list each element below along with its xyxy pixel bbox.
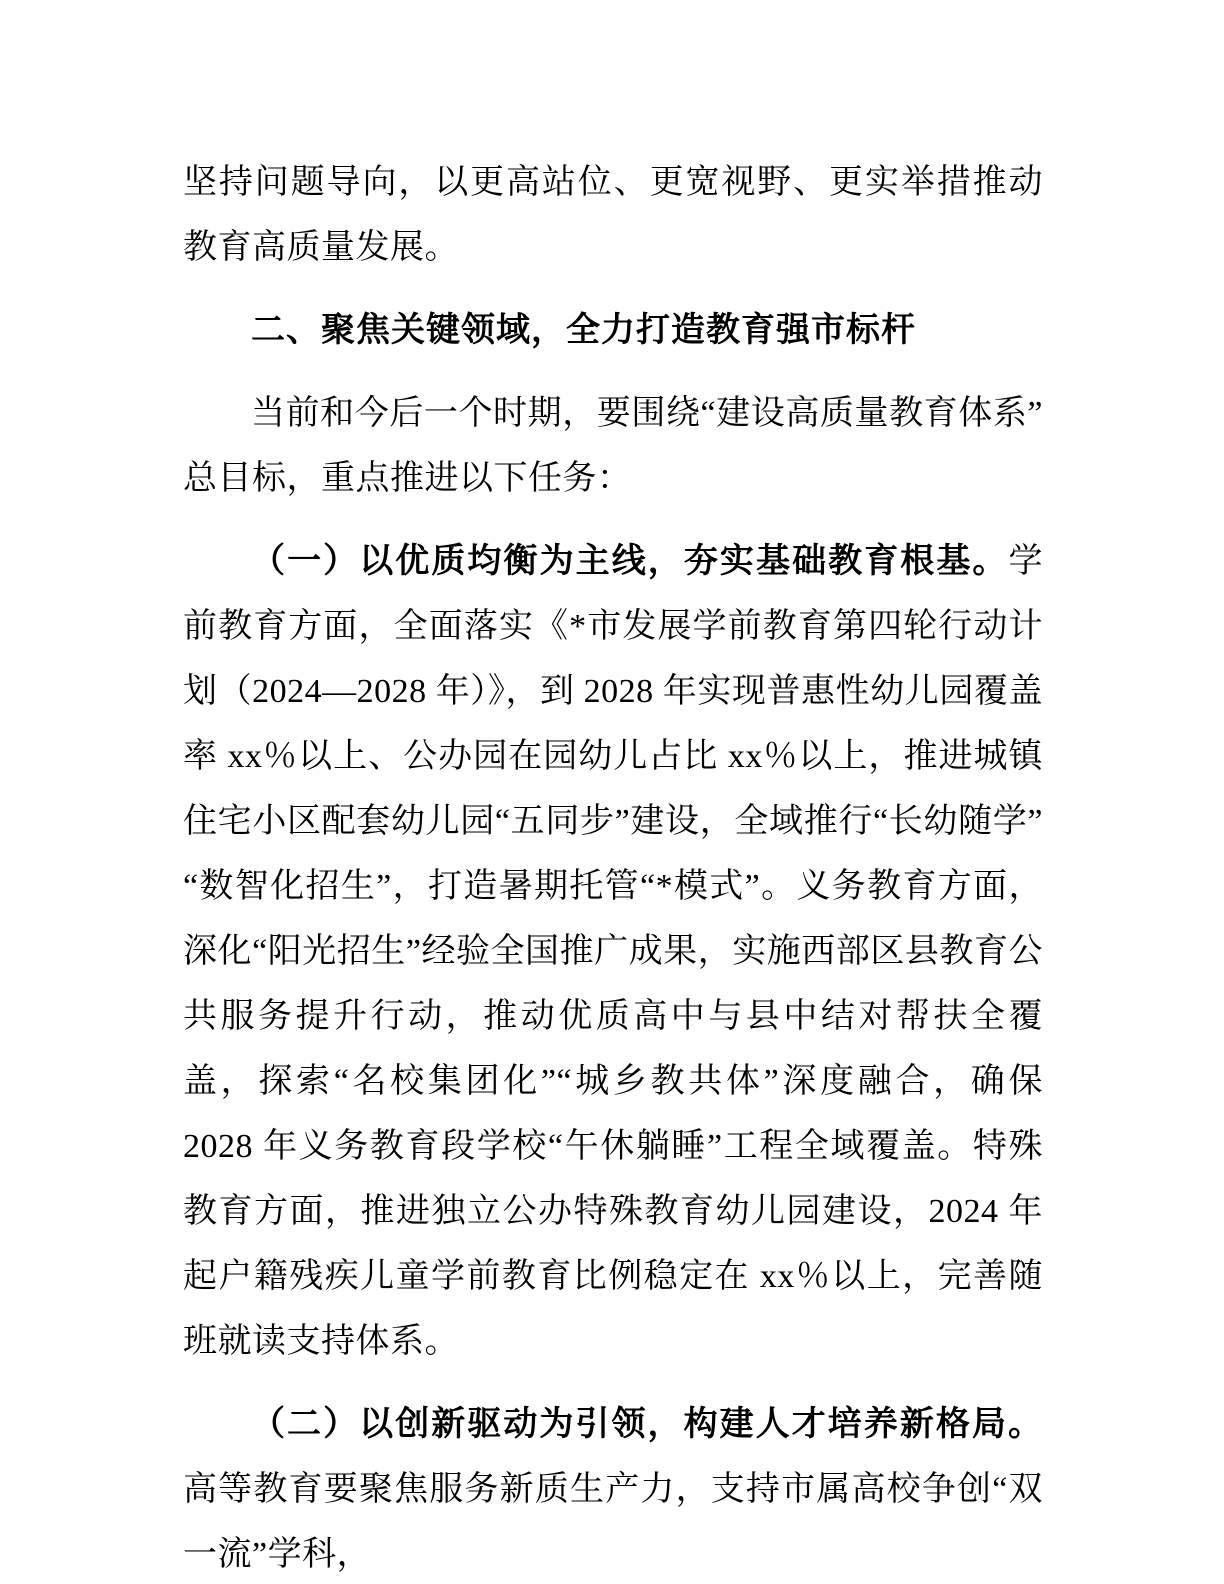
paragraph-text: 坚持问题导向，以更高站位、更宽视野、更实举措推动教育高质量发展。 bbox=[183, 164, 1043, 266]
subsection-1-lead: （一）以优质均衡为主线，夯实基础教育根基。 bbox=[251, 542, 1009, 580]
section-heading: 二、聚焦关键领域，全力打造教育强市标杆 bbox=[183, 298, 1043, 363]
paragraph-continuation: 坚持问题导向，以更高站位、更宽视野、更实举措推动教育高质量发展。 bbox=[183, 150, 1043, 280]
paragraph-text: 高等教育要聚焦服务新质生产力，支持市属高校争创“双一流”学科， bbox=[183, 1471, 1043, 1573]
paragraph-subsection-1: （一）以优质均衡为主线，夯实基础教育根基。学前教育方面，全面落实《*市发展学前教… bbox=[183, 529, 1043, 1374]
section-heading-text: 二、聚焦关键领域，全力打造教育强市标杆 bbox=[251, 311, 916, 349]
paragraph-text: 学前教育方面，全面落实《*市发展学前教育第四轮行动计划（2024—2028 年）… bbox=[183, 543, 1043, 1360]
subsection-2-lead: （二）以创新驱动为引领，构建人才培养新格局。 bbox=[251, 1405, 1043, 1443]
paragraph-subsection-2: （二）以创新驱动为引领，构建人才培养新格局。高等教育要聚焦服务新质生产力，支持市… bbox=[183, 1392, 1043, 1584]
paragraph-intro: 当前和今后一个时期，要围绕“建设高质量教育体系”总目标，重点推进以下任务： bbox=[183, 381, 1043, 511]
document-page: 坚持问题导向，以更高站位、更宽视野、更实举措推动教育高质量发展。 二、聚焦关键领… bbox=[0, 0, 1224, 1584]
paragraph-text: 当前和今后一个时期，要围绕“建设高质量教育体系”总目标，重点推进以下任务： bbox=[183, 395, 1043, 497]
